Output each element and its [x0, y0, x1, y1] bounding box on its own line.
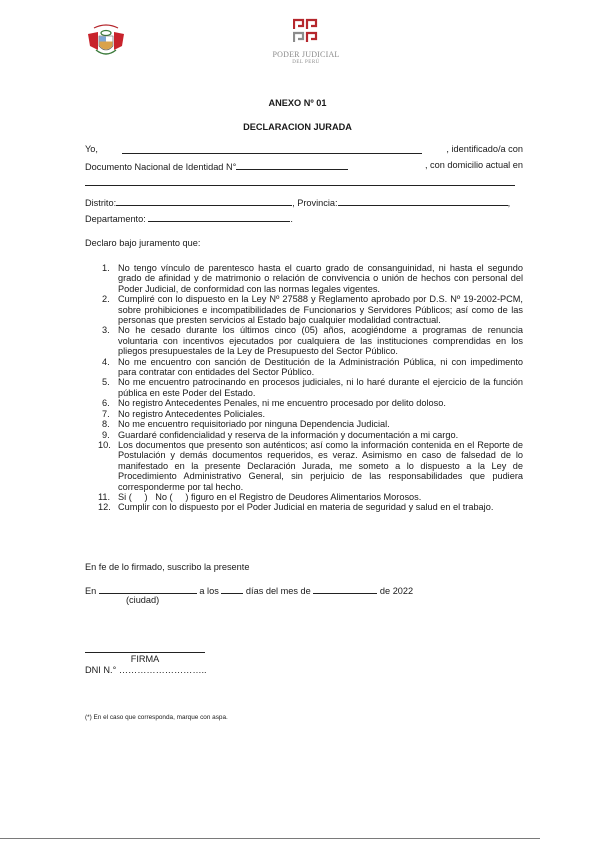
signature-line[interactable]	[85, 652, 205, 653]
month-field[interactable]	[313, 584, 377, 594]
district-label: Distrito:	[85, 198, 116, 208]
annex-title: ANEXO Nº 01	[0, 98, 595, 108]
declaration-item: 8.No me encuentro requisitoriado por nin…	[104, 419, 523, 429]
name-field[interactable]	[122, 144, 422, 154]
declaration-item-alimony-checkbox[interactable]: 11.Si ( ) No ( ) figuro en el Registro d…	[104, 492, 523, 502]
declaration-item: 1.No tengo vínculo de parentesco hasta e…	[104, 263, 523, 294]
institution-subtitle: DEL PERÚ	[260, 60, 352, 65]
dni-field[interactable]	[236, 160, 348, 170]
declaration-item: 9.Guardaré confidencialidad y reserva de…	[104, 430, 523, 440]
department-field[interactable]	[148, 212, 290, 222]
declaration-item: 3.No he cesado durante los últimos cinco…	[104, 325, 523, 356]
province-label: , Provincia:	[292, 198, 337, 208]
address-field[interactable]	[85, 177, 515, 186]
domicile-suffix: , con domicilio actual en	[425, 160, 523, 172]
page-bottom-rule	[0, 838, 540, 839]
province-field[interactable]	[338, 196, 508, 206]
declaration-item: 12.Cumplir con lo dispuesto por el Poder…	[104, 502, 523, 512]
poder-judicial-logo-icon	[293, 18, 319, 44]
days-month-label: días del mes de	[246, 586, 311, 596]
dni-prefix: Documento Nacional de Identidad N°	[85, 160, 348, 172]
declarations-list: 1.No tengo vínculo de parentesco hasta e…	[104, 263, 523, 513]
yo-label: Yo,	[85, 144, 98, 154]
institution-name: PODER JUDICIAL	[260, 50, 352, 59]
declaration-item: 5.No me encuentro patrocinando en proces…	[104, 377, 523, 398]
closing-statement: En fe de lo firmado, suscribo la present…	[85, 562, 523, 572]
declaration-item: 10.Los documentos que presento son autén…	[104, 440, 523, 492]
declaration-item: 4.No me encuentro con sanción de Destitu…	[104, 357, 523, 378]
department-line: Departamento: .	[85, 212, 523, 224]
a-los-label: a los	[199, 586, 218, 596]
footnote: (*) En el caso que corresponda, marque c…	[85, 714, 228, 721]
declaration-title: DECLARACION JURADA	[0, 122, 595, 132]
department-label: Departamento:	[85, 214, 146, 224]
declaration-item: 6.No registro Antecedentes Penales, ni m…	[104, 398, 523, 408]
city-field[interactable]	[99, 584, 197, 594]
signature-dni-field[interactable]: ………………………..	[119, 665, 207, 675]
en-label: En	[85, 586, 96, 596]
year-label: de 2022	[380, 586, 413, 596]
name-line: Yo, , identificado/a con	[85, 144, 523, 154]
signature-label: FIRMA	[85, 654, 205, 664]
peru-coat-of-arms-icon	[86, 20, 126, 60]
declaration-item: 7.No registro Antecedentes Policiales.	[104, 409, 523, 419]
district-province-line: Distrito:, Provincia:,	[85, 196, 523, 208]
declaration-intro: Declaro bajo juramento que:	[85, 238, 523, 248]
dni-line: Documento Nacional de Identidad N° , con…	[85, 160, 523, 172]
declaration-item: 2.Cumpliré con lo dispuesto en la Ley Nº…	[104, 294, 523, 325]
city-hint: (ciudad)	[126, 595, 159, 605]
day-field[interactable]	[221, 584, 243, 594]
district-field[interactable]	[116, 196, 292, 206]
signature-dni: DNI N.° ………………………..	[85, 665, 207, 675]
identified-label: , identificado/a con	[446, 144, 523, 154]
